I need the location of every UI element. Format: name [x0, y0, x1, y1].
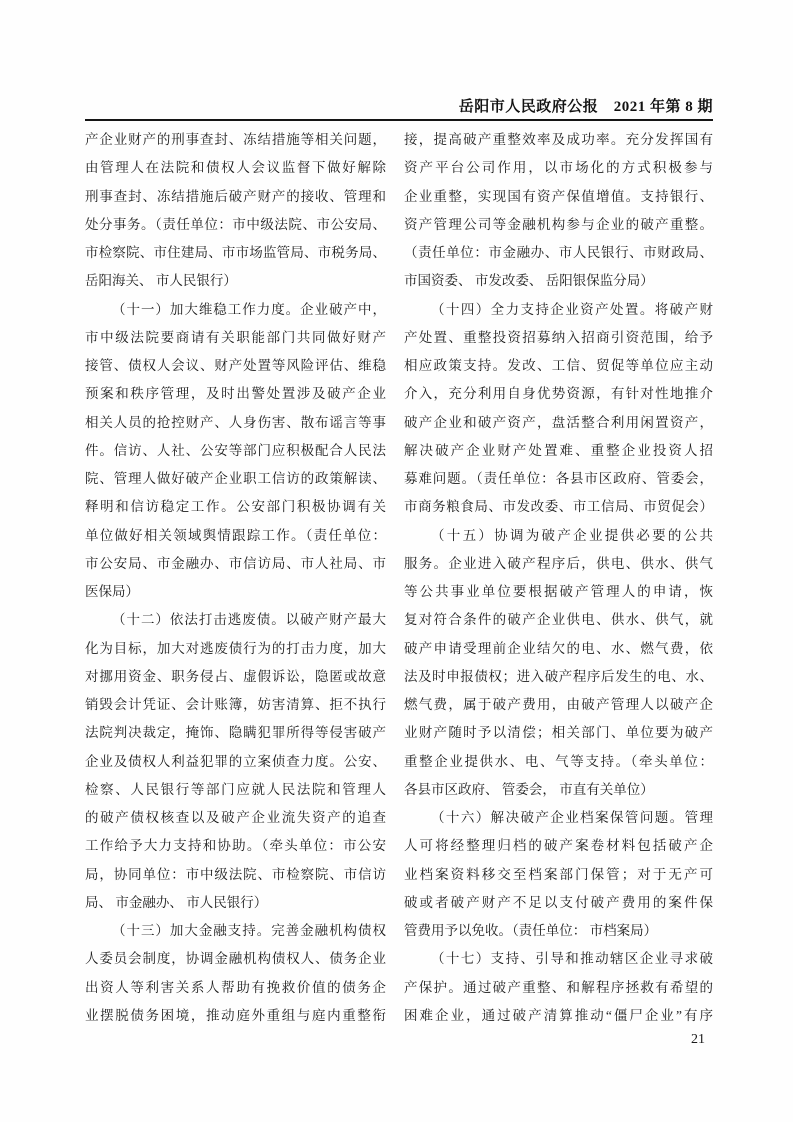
text-line: 服务。企业进入破产程序后，供电、供水、供气 [404, 550, 713, 578]
text-line: 销毁会计凭证、会计账簿，妨害清算、拒不执行 [85, 691, 386, 719]
text-line: 资产平台公司作用，以市场化的方式积极参与 [404, 154, 713, 182]
text-line: （十一）加大维稳工作力度。企业破产中， [85, 296, 386, 324]
text-line: 工作给予大力支持和协助。（牵头单位：市公安 [85, 832, 386, 860]
text-line: 件。信访、人社、公安等部门应积极配合人民法 [85, 437, 386, 465]
text-line: 介入，充分利用自身优势资源，有针对性地推介 [404, 380, 713, 408]
text-line: 市公安局、市金融办、市信访局、市人社局、市 [85, 550, 386, 578]
text-line: 人委员会制度，协调金融机构债权人、债务企业 [85, 945, 386, 973]
text-line: 困难企业，通过破产清算推动“僵尸企业”有序 [404, 1002, 713, 1030]
text-line: 产处置、重整投资招募纳入招商引资范围，给予 [404, 324, 713, 352]
text-line: 企业及债权人利益犯罪的立案侦查力度。公安、 [85, 748, 386, 776]
text-line: 岳阳海关、 市人民银行） [85, 267, 386, 295]
text-line: 市检察院、市住建局、市市场监管局、市税务局、 [85, 239, 386, 267]
text-line: 的破产债权核查以及破产企业流失资产的追查 [85, 804, 386, 832]
text-line: 对挪用资金、职务侵占、虚假诉讼，隐匿或故意 [85, 663, 386, 691]
text-line: 重整企业提供水、电、气等支持。（牵头单位： [404, 748, 713, 776]
right-column: 接，提高破产重整效率及成功率。充分发挥国有资产平台公司作用，以市场化的方式积极参… [404, 126, 713, 1030]
header-rule [85, 119, 713, 121]
text-line: 刑事查封、冻结措施后破产财产的接收、管理和 [85, 183, 386, 211]
text-line: 等公共事业单位要根据破产管理人的申请，恢 [404, 578, 713, 606]
text-line: 市中级法院要商请有关职能部门共同做好财产 [85, 324, 386, 352]
text-line: 释明和信访稳定工作。公安部门积极协调有关 [85, 493, 386, 521]
text-line: 医保局） [85, 578, 386, 606]
body-text: 产企业财产的刑事查封、冻结措施等相关问题，由管理人在法院和债权人会议监督下做好解… [85, 126, 713, 1030]
text-line: 人可将经整理归档的破产案卷材料包括破产企 [404, 832, 713, 860]
text-line: 法院判决裁定，掩饰、隐瞒犯罪所得等侵害破产 [85, 719, 386, 747]
text-line: （十六）解决破产企业档案保管问题。管理 [404, 804, 713, 832]
text-line: 复对符合条件的破产企业供电、供水、供气，就 [404, 606, 713, 634]
document-page: 岳阳市人民政府公报 2021 年第 8 期 产企业财产的刑事查封、冻结措施等相关… [0, 0, 793, 1122]
text-line: 市国资委、 市发改委、 岳阳银保监分局） [404, 267, 713, 295]
text-line: 资产管理公司等金融机构参与企业的破产重整。 [404, 211, 713, 239]
text-line: 解决破产企业财产处置难、重整企业投资人招 [404, 437, 713, 465]
text-line: 处分事务。（责任单位：市中级法院、市公安局、 [85, 211, 386, 239]
text-line: 接，提高破产重整效率及成功率。充分发挥国有 [404, 126, 713, 154]
text-line: 接管、债权人会议、财产处置等风险评估、维稳 [85, 352, 386, 380]
text-line: 业档案资料移交至档案部门保管；对于无产可 [404, 861, 713, 889]
text-line: 相应政策支持。发改、工信、贸促等单位应主动 [404, 352, 713, 380]
page-header: 岳阳市人民政府公报 2021 年第 8 期 [85, 95, 713, 119]
text-line: 局，协同单位：市中级法院、市检察院、市信访 [85, 861, 386, 889]
text-line: 破产申请受理前企业结欠的电、水、燃气费，依 [404, 635, 713, 663]
text-line: 燃气费，属于破产费用，由破产管理人以破产企 [404, 691, 713, 719]
page-number: 21 [691, 1030, 705, 1050]
text-line: 由管理人在法院和债权人会议监督下做好解除 [85, 154, 386, 182]
text-line: （十七）支持、引导和推动辖区企业寻求破 [404, 945, 713, 973]
text-line: 检察、人民银行等部门应就人民法院和管理人 [85, 776, 386, 804]
text-line: （责任单位：市金融办、市人民银行、市财政局、 [404, 239, 713, 267]
gazette-header-title: 岳阳市人民政府公报 2021 年第 8 期 [459, 99, 713, 115]
text-line: 相关人员的抢控财产、人身伤害、散布谣言等事 [85, 409, 386, 437]
text-line: 破产企业和破产资产，盘活整合利用闲置资产， [404, 409, 713, 437]
text-line: 企业重整，实现国有资产保值增值。支持银行、 [404, 183, 713, 211]
text-line: （十三）加大金融支持。完善金融机构债权 [85, 917, 386, 945]
text-line: 单位做好相关领域舆情跟踪工作。（责任单位： [85, 522, 386, 550]
text-line: 业摆脱债务困境，推动庭外重组与庭内重整衔 [85, 1002, 386, 1030]
text-line: 破或者破产财产不足以支付破产费用的案件保 [404, 889, 713, 917]
text-line: 法及时申报债权；进入破产程序后发生的电、水、 [404, 663, 713, 691]
text-line: 募难问题。（责任单位：各县市区政府、管委会， [404, 465, 713, 493]
text-line: 出资人等利害关系人帮助有挽救价值的债务企 [85, 974, 386, 1002]
text-line: 各县市区政府、 管委会， 市直有关单位） [404, 776, 713, 804]
text-line: 产企业财产的刑事查封、冻结措施等相关问题， [85, 126, 386, 154]
text-line: （十二）依法打击逃废债。以破产财产最大 [85, 606, 386, 634]
text-line: 局、 市金融办、 市人民银行） [85, 889, 386, 917]
text-line: 预案和秩序管理，及时出警处置涉及破产企业 [85, 380, 386, 408]
text-line: 院、管理人做好破产企业职工信访的政策解读、 [85, 465, 386, 493]
left-column: 产企业财产的刑事查封、冻结措施等相关问题，由管理人在法院和债权人会议监督下做好解… [85, 126, 386, 1030]
text-line: 市商务粮食局、市发改委、市工信局、市贸促会） [404, 493, 713, 521]
text-line: 管费用予以免收。（责任单位： 市档案局） [404, 917, 713, 945]
text-line: 业财产随时予以清偿；相关部门、单位要为破产 [404, 719, 713, 747]
text-line: （十四）全力支持企业资产处置。将破产财 [404, 296, 713, 324]
text-line: （十五）协调为破产企业提供必要的公共 [404, 522, 713, 550]
text-line: 产保护。通过破产重整、和解程序拯救有希望的 [404, 974, 713, 1002]
text-line: 化为目标，加大对逃废债行为的打击力度，加大 [85, 635, 386, 663]
